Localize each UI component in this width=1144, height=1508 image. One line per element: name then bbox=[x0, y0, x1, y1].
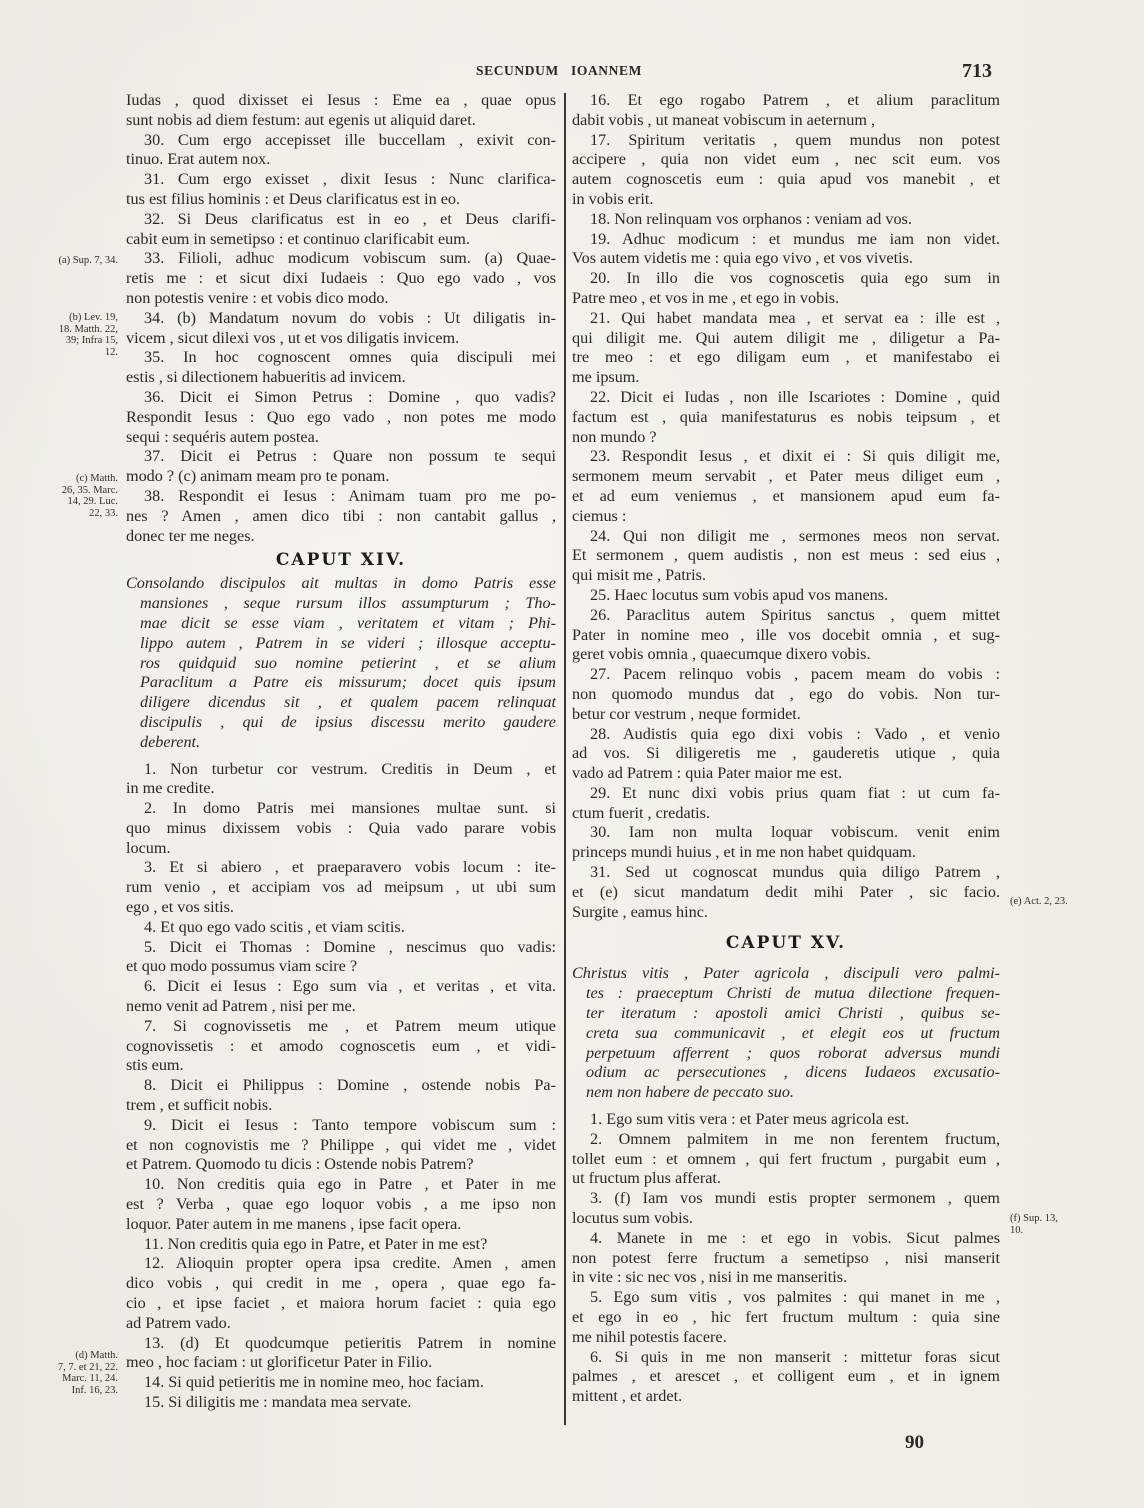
verse-line: me ipsum. bbox=[572, 368, 1000, 388]
margin-note-line: (c) Matth. bbox=[10, 473, 118, 485]
verse-line: in vite : sic nec vos , nisi in me manse… bbox=[572, 1268, 1000, 1288]
margin-note-d: (d) Matth.7, 7. et 21, 22.Marc. 11, 24.I… bbox=[10, 1350, 118, 1396]
margin-note-c: (c) Matth.26, 35. Marc.14, 29. Luc.22, 3… bbox=[10, 473, 118, 519]
verse-line: et ego in eo , hic fert fructum multum :… bbox=[572, 1308, 1000, 1328]
verse: 22. Dicit ei Iudas , non ille Iscariotes… bbox=[572, 388, 1000, 447]
verse-line: accipere , quia non videt eum , nec scit… bbox=[572, 150, 1000, 170]
summary-line: perpetuum afferrent ; quos roborat adver… bbox=[572, 1044, 1000, 1064]
verse-line: ut fructum plus afferat. bbox=[572, 1169, 1000, 1189]
summary-line: lippo autem , Patrem in se videri ; illo… bbox=[126, 634, 556, 654]
verse: Iudas , quod dixisset ei Iesus : Eme ea … bbox=[126, 91, 556, 131]
verse: 27. Pacem relinquo vobis , pacem meam do… bbox=[572, 665, 1000, 724]
margin-note-line: (e) Act. 2, 23. bbox=[1010, 896, 1110, 908]
verse-line: 2. Omnem palmitem in me non ferentem fru… bbox=[572, 1130, 1000, 1150]
summary-line: creta sua communicavit , et elegit eos u… bbox=[572, 1024, 1000, 1044]
margin-note-line: 10. bbox=[1010, 1225, 1110, 1237]
verse: 8. Dicit ei Philippus : Domine , ostende… bbox=[126, 1076, 556, 1116]
margin-note-line: (b) Lev. 19, bbox=[10, 312, 118, 324]
verse-line: mittent , et ardet. bbox=[572, 1387, 1000, 1407]
verse-line: 29. Et nunc dixi vobis prius quam fiat :… bbox=[572, 784, 1000, 804]
verse-line: ctum fuerit , credatis. bbox=[572, 804, 1000, 824]
verse-line: dico vobis , qui credit in me , opera , … bbox=[126, 1274, 556, 1294]
left-column: Iudas , quod dixisset ei Iesus : Eme ea … bbox=[126, 91, 556, 1413]
verse-line: quo minus dixissem vobis : Quia vado par… bbox=[126, 819, 556, 839]
verse-line: nes ? Amen , amen dico tibi : non cantab… bbox=[126, 507, 556, 527]
summary-line: mansiones , seque rursum illos assumptur… bbox=[126, 594, 556, 614]
verse-line: 25. Haec locutus sum vobis apud vos mane… bbox=[572, 586, 1000, 606]
verse: 28. Audistis quia ego dixi vobis : Vado … bbox=[572, 725, 1000, 784]
verse: 30. Iam non multa loquar vobiscum. venit… bbox=[572, 823, 1000, 863]
verse-line: et (e) sicut mandatum dedit mihi Pater ,… bbox=[572, 883, 1000, 903]
verse-line: 3. Et si abiero , et praeparavero vobis … bbox=[126, 858, 556, 878]
verse: 15. Si diligitis me : mandata mea servat… bbox=[126, 1393, 556, 1413]
verse-line: Vos autem videtis me : quia ego vivo , e… bbox=[572, 249, 1000, 269]
verse-line: 1. Non turbetur cor vestrum. Creditis in… bbox=[126, 760, 556, 780]
verse-line: Et sermonem , quem audistis , non est me… bbox=[572, 546, 1000, 566]
verse-line: tre meo : et ego diligam eum , et manife… bbox=[572, 348, 1000, 368]
verse-line: 24. Qui non diligit me , sermones meos n… bbox=[572, 527, 1000, 547]
verse-line: 4. Et quo ego vado scitis , et viam scit… bbox=[126, 918, 556, 938]
verse: 5. Ego sum vitis , vos palmites : qui ma… bbox=[572, 1288, 1000, 1347]
chapter-heading: CAPUT XV. bbox=[572, 929, 1000, 957]
verse: 37. Dicit ei Petrus : Quare non possum t… bbox=[126, 447, 556, 487]
verse: 30. Cum ergo accepisset ille buccellam ,… bbox=[126, 131, 556, 171]
verse-line: 33. Filioli, adhuc modicum vobiscum sum.… bbox=[126, 249, 556, 269]
verse-line: 5. Ego sum vitis , vos palmites : qui ma… bbox=[572, 1288, 1000, 1308]
verse: 32. Si Deus clarificatus est in eo , et … bbox=[126, 210, 556, 250]
margin-note-line: 39; Infra 15, bbox=[10, 335, 118, 347]
verse-line: stis eum. bbox=[126, 1056, 556, 1076]
verse-line: betur cor vestrum , neque formidet. bbox=[572, 705, 1000, 725]
chapter-summary: Christus vitis , Pater agricola , discip… bbox=[572, 964, 1000, 1103]
verse-line: cabit eum in semetipso : et continuo cla… bbox=[126, 230, 556, 250]
verse-line: 10. Non creditis quia ego in Patre , et … bbox=[126, 1175, 556, 1195]
verse-line: princeps mundi huius , et in me non habe… bbox=[572, 843, 1000, 863]
verse-line: qui diligit me. Qui autem diligit me , d… bbox=[572, 329, 1000, 349]
verse-line: 31. Sed ut cognoscat mundus quia diligo … bbox=[572, 863, 1000, 883]
spacer bbox=[126, 753, 556, 760]
verse: 9. Dicit ei Iesus : Tanto tempore vobisc… bbox=[126, 1116, 556, 1175]
verse-line: et ad eum veniemus , et mansionem apud e… bbox=[572, 487, 1000, 507]
verse: 21. Qui habet mandata mea , et servat ea… bbox=[572, 309, 1000, 388]
summary-line: mae dicit se esse viam , veritatem et vi… bbox=[126, 614, 556, 634]
verse-line: 35. In hoc cognoscent omnes quia discipu… bbox=[126, 348, 556, 368]
verse-line: 27. Pacem relinquo vobis , pacem meam do… bbox=[572, 665, 1000, 685]
verse-line: sermonem meum servabit , et Pater meus d… bbox=[572, 467, 1000, 487]
verse: 3. Et si abiero , et praeparavero vobis … bbox=[126, 858, 556, 917]
running-head: SECUNDUM IOANNEM 713 bbox=[0, 63, 1144, 83]
verse-line: 28. Audistis quia ego dixi vobis : Vado … bbox=[572, 725, 1000, 745]
verse: 34. (b) Mandatum novum do vobis : Ut dil… bbox=[126, 309, 556, 349]
summary-line: diligere dicendus sit , et qualem pacem … bbox=[126, 693, 556, 713]
verse: 3. (f) Iam vos mundi estis propter sermo… bbox=[572, 1189, 1000, 1229]
running-head-left: SECUNDUM bbox=[476, 63, 559, 79]
verse-line: 26. Paraclitus autem Spiritus sanctus , … bbox=[572, 606, 1000, 626]
verse: 29. Et nunc dixi vobis prius quam fiat :… bbox=[572, 784, 1000, 824]
verse: 25. Haec locutus sum vobis apud vos mane… bbox=[572, 586, 1000, 606]
verse-line: 4. Manete in me : et ego in vobis. Sicut… bbox=[572, 1229, 1000, 1249]
verse: 1. Ego sum vitis vera : et Pater meus ag… bbox=[572, 1110, 1000, 1130]
summary-line: deberent. bbox=[126, 733, 556, 753]
verse: 12. Alioquin propter opera ipsa credite.… bbox=[126, 1254, 556, 1333]
margin-note-line: Inf. 16, 23. bbox=[10, 1385, 118, 1397]
margin-note-line: 26, 35. Marc. bbox=[10, 485, 118, 497]
margin-note-line: (d) Matth. bbox=[10, 1350, 118, 1362]
verse: 16. Et ego rogabo Patrem , et alium para… bbox=[572, 91, 1000, 131]
verse-line: ad vos. Si diligeretis me , gauderetis u… bbox=[572, 744, 1000, 764]
margin-note-line: 22, 33. bbox=[10, 508, 118, 520]
verse-line: 16. Et ego rogabo Patrem , et alium para… bbox=[572, 91, 1000, 111]
verse: 2. In domo Patris mei mansiones multae s… bbox=[126, 799, 556, 858]
running-head-right: IOANNEM bbox=[571, 63, 642, 79]
verse-line: 1. Ego sum vitis vera : et Pater meus ag… bbox=[572, 1110, 1000, 1130]
verse: 17. Spiritum veritatis , quem mundus non… bbox=[572, 131, 1000, 210]
verse: 35. In hoc cognoscent omnes quia discipu… bbox=[126, 348, 556, 388]
verse: 6. Si quis in me non manserit : mittetur… bbox=[572, 1348, 1000, 1407]
verse: 13. (d) Et quodcumque petieritis Patrem … bbox=[126, 1334, 556, 1374]
verse-line: tinuo. Erat autem nox. bbox=[126, 150, 556, 170]
verse-line: 21. Qui habet mandata mea , et servat ea… bbox=[572, 309, 1000, 329]
spacer bbox=[572, 1103, 1000, 1110]
verse-line: 14. Si quid petieritis me in nomine meo,… bbox=[126, 1373, 556, 1393]
margin-note-line: (a) Sup. 7, 34. bbox=[10, 255, 118, 267]
verse-line: 5. Dicit ei Thomas : Domine , nescimus q… bbox=[126, 938, 556, 958]
verse-line: ad Patrem vado. bbox=[126, 1314, 556, 1334]
verse-line: 34. (b) Mandatum novum do vobis : Ut dil… bbox=[126, 309, 556, 329]
verse-line: et quo modo possumus viam scire ? bbox=[126, 957, 556, 977]
verse-line: vado ad Patrem : quia Pater maior me est… bbox=[572, 764, 1000, 784]
margin-note-line: 14, 29. Luc. bbox=[10, 496, 118, 508]
verse-line: retis me : et sicut dixi Iudaeis : Quo e… bbox=[126, 269, 556, 289]
verse: 19. Adhuc modicum : et mundus me iam non… bbox=[572, 230, 1000, 270]
verse-line: 30. Iam non multa loquar vobiscum. venit… bbox=[572, 823, 1000, 843]
margin-note-line: 18. Matth. 22, bbox=[10, 324, 118, 336]
page-number: 713 bbox=[962, 60, 992, 83]
verse-line: 30. Cum ergo accepisset ille buccellam ,… bbox=[126, 131, 556, 151]
verse-line: 32. Si Deus clarificatus est in eo , et … bbox=[126, 210, 556, 230]
verse: 24. Qui non diligit me , sermones meos n… bbox=[572, 527, 1000, 586]
verse-line: me nihil potestis facere. bbox=[572, 1328, 1000, 1348]
summary-line: odium ac persecutiones , dicens Iudaeos … bbox=[572, 1063, 1000, 1083]
summary-line: discipulis , qui de ipsius discessu meri… bbox=[126, 713, 556, 733]
summary-line: ter iteratum : apostoli amici Christi , … bbox=[572, 1004, 1000, 1024]
verse-line: 36. Dicit ei Simon Petrus : Domine , quo… bbox=[126, 388, 556, 408]
margin-note-line: 7, 7. et 21, 22. bbox=[10, 1362, 118, 1374]
verse-line: 12. Alioquin propter opera ipsa credite.… bbox=[126, 1254, 556, 1274]
verse-line: palmes , et arescet , et colligent eum ,… bbox=[572, 1367, 1000, 1387]
verse-line: Patre meo , et vos in me , et ego in vob… bbox=[572, 289, 1000, 309]
verse-line: non quomodo mundus dat , ego do vobis. N… bbox=[572, 685, 1000, 705]
verse-line: 13. (d) Et quodcumque petieritis Patrem … bbox=[126, 1334, 556, 1354]
verse: 7. Si cognovissetis me , et Patrem meum … bbox=[126, 1017, 556, 1076]
verse-line: autem cognoscetis eum : quia apud vos ma… bbox=[572, 170, 1000, 190]
margin-note-line: (f) Sup. 13, bbox=[1010, 1213, 1110, 1225]
verse-line: 2. In domo Patris mei mansiones multae s… bbox=[126, 799, 556, 819]
margin-note-line: Marc. 11, 24. bbox=[10, 1373, 118, 1385]
summary-line: tes : praeceptum Christi de mutua dilect… bbox=[572, 984, 1000, 1004]
verse-line: tollet eum : et omnem , qui fert fructum… bbox=[572, 1150, 1000, 1170]
verse: 6. Dicit ei Iesus : Ego sum via , et ver… bbox=[126, 977, 556, 1017]
verse: 33. Filioli, adhuc modicum vobiscum sum.… bbox=[126, 249, 556, 308]
verse-line: Respondit Iesus : Quo ego vado , non pot… bbox=[126, 408, 556, 428]
verse-line: rum venio , et accipiam vos ad meipsum ,… bbox=[126, 878, 556, 898]
verse-line: non potest ferre fructum a semetipso , n… bbox=[572, 1249, 1000, 1269]
column-rule bbox=[564, 93, 566, 1425]
spacer bbox=[572, 922, 1000, 929]
verse-line: 11. Non creditis quia ego in Patre, et P… bbox=[126, 1235, 556, 1255]
verse: 1. Non turbetur cor vestrum. Creditis in… bbox=[126, 760, 556, 800]
verse-line: loquor. Pater autem in me manens , ipse … bbox=[126, 1215, 556, 1235]
verse: 31. Cum ergo exisset , dixit Iesus : Nun… bbox=[126, 170, 556, 210]
verse-line: 3. (f) Iam vos mundi estis propter sermo… bbox=[572, 1189, 1000, 1209]
verse-line: tus est filius hominis : et Deus clarifi… bbox=[126, 190, 556, 210]
verse-line: estis , si dilectionem habueritis ad inv… bbox=[126, 368, 556, 388]
verse: 18. Non relinquam vos orphanos : veniam … bbox=[572, 210, 1000, 230]
verse-line: nemo venit ad Patrem , nisi per me. bbox=[126, 997, 556, 1017]
verse: 10. Non creditis quia ego in Patre , et … bbox=[126, 1175, 556, 1234]
verse-line: factum est , quia manifestaturus es nobi… bbox=[572, 408, 1000, 428]
verse-line: ego , et vos sitis. bbox=[126, 898, 556, 918]
verse: 2. Omnem palmitem in me non ferentem fru… bbox=[572, 1130, 1000, 1189]
margin-note-b: (b) Lev. 19,18. Matth. 22,39; Infra 15,1… bbox=[10, 312, 118, 358]
verse-line: 6. Dicit ei Iesus : Ego sum via , et ver… bbox=[126, 977, 556, 997]
summary-line: Paraclitum a Patre eis missurum; docet q… bbox=[126, 673, 556, 693]
chapter-summary: Consolando discipulos ait multas in domo… bbox=[126, 574, 556, 752]
margin-note-e: (e) Act. 2, 23. bbox=[1010, 896, 1110, 908]
verse-line: 22. Dicit ei Iudas , non ille Iscariotes… bbox=[572, 388, 1000, 408]
verse: 4. Et quo ego vado scitis , et viam scit… bbox=[126, 918, 556, 938]
verse-line: geret vobis omnia , quaecumque dixero vo… bbox=[572, 645, 1000, 665]
verse-line: 18. Non relinquam vos orphanos : veniam … bbox=[572, 210, 1000, 230]
book-page: SECUNDUM IOANNEM 713 Iudas , quod dixiss… bbox=[0, 0, 1144, 1508]
verse: 23. Respondit Iesus , et dixit ei : Si q… bbox=[572, 447, 1000, 526]
verse-line: in me credite. bbox=[126, 779, 556, 799]
summary-line: Consolando discipulos ait multas in domo… bbox=[126, 574, 556, 594]
verse-line: locutus sum vobis. bbox=[572, 1209, 1000, 1229]
verse-line: ciemus : bbox=[572, 507, 1000, 527]
verse-line: locum. bbox=[126, 839, 556, 859]
verse-line: 19. Adhuc modicum : et mundus me iam non… bbox=[572, 230, 1000, 250]
verse-line: Iudas , quod dixisset ei Iesus : Eme ea … bbox=[126, 91, 556, 111]
verse-line: 23. Respondit Iesus , et dixit ei : Si q… bbox=[572, 447, 1000, 467]
verse: 14. Si quid petieritis me in nomine meo,… bbox=[126, 1373, 556, 1393]
verse-line: 37. Dicit ei Petrus : Quare non possum t… bbox=[126, 447, 556, 467]
verse-line: meo , hoc faciam : ut glorificetur Pater… bbox=[126, 1353, 556, 1373]
verse-line: vicem , sicut dilexi vos , ut et vos dil… bbox=[126, 329, 556, 349]
right-column: 16. Et ego rogabo Patrem , et alium para… bbox=[572, 91, 1000, 1407]
verse-line: donec ter me neges. bbox=[126, 527, 556, 547]
summary-line: ros quidquid suo nomine petierint , et s… bbox=[126, 654, 556, 674]
verse-line: dabit vobis , ut maneat vobiscum in aete… bbox=[572, 111, 1000, 131]
spacer bbox=[572, 957, 1000, 964]
chapter-heading: CAPUT XIV. bbox=[126, 546, 556, 574]
margin-note-line: 12. bbox=[10, 347, 118, 359]
verse: 4. Manete in me : et ego in vobis. Sicut… bbox=[572, 1229, 1000, 1288]
verse-line: et Patrem. Quomodo tu dicis : Ostende no… bbox=[126, 1155, 556, 1175]
verse: 36. Dicit ei Simon Petrus : Domine , quo… bbox=[126, 388, 556, 447]
verse-line: est ? Verba , quae ego loquor vobis , a … bbox=[126, 1195, 556, 1215]
verse-line: 17. Spiritum veritatis , quem mundus non… bbox=[572, 131, 1000, 151]
verse-line: cognovissetis : et amodo cognoscetis eum… bbox=[126, 1037, 556, 1057]
verse-line: Pater in nomine meo , ille vos docebit o… bbox=[572, 626, 1000, 646]
verse-line: non potestis venire : et vobis dico modo… bbox=[126, 289, 556, 309]
verse-line: 20. In illo die vos cognoscetis quia ego… bbox=[572, 269, 1000, 289]
verse-line: 38. Respondit ei Iesus : Animam tuam pro… bbox=[126, 487, 556, 507]
verse-line: non mundo ? bbox=[572, 428, 1000, 448]
verse-line: trem , et sufficit nobis. bbox=[126, 1096, 556, 1116]
verse-line: 31. Cum ergo exisset , dixit Iesus : Nun… bbox=[126, 170, 556, 190]
margin-note-a: (a) Sup. 7, 34. bbox=[10, 255, 118, 267]
verse-line: sunt nobis ad diem festum: aut egenis ut… bbox=[126, 111, 556, 131]
verse-line: modo ? (c) animam meam pro te ponam. bbox=[126, 467, 556, 487]
verse-line: cio , et ipse faciet , et maiora horum f… bbox=[126, 1294, 556, 1314]
summary-line: nem non habere de peccato suo. bbox=[572, 1083, 1000, 1103]
verse: 38. Respondit ei Iesus : Animam tuam pro… bbox=[126, 487, 556, 546]
verse-line: 6. Si quis in me non manserit : mittetur… bbox=[572, 1348, 1000, 1368]
verse: 26. Paraclitus autem Spiritus sanctus , … bbox=[572, 606, 1000, 665]
verse: 5. Dicit ei Thomas : Domine , nescimus q… bbox=[126, 938, 556, 978]
verse-line: 15. Si diligitis me : mandata mea servat… bbox=[126, 1393, 556, 1413]
signature-mark: 90 bbox=[905, 1432, 924, 1454]
verse-line: 9. Dicit ei Iesus : Tanto tempore vobisc… bbox=[126, 1116, 556, 1136]
summary-line: Christus vitis , Pater agricola , discip… bbox=[572, 964, 1000, 984]
verse-line: in vobis erit. bbox=[572, 190, 1000, 210]
verse-line: sequi : sequéris autem postea. bbox=[126, 428, 556, 448]
verse-line: et non cognovistis me ? Philippe , qui v… bbox=[126, 1136, 556, 1156]
verse-line: qui misit me , Patris. bbox=[572, 566, 1000, 586]
verse-line: Surgite , eamus hinc. bbox=[572, 903, 1000, 923]
margin-note-f: (f) Sup. 13,10. bbox=[1010, 1213, 1110, 1236]
verse: 20. In illo die vos cognoscetis quia ego… bbox=[572, 269, 1000, 309]
verse-line: 8. Dicit ei Philippus : Domine , ostende… bbox=[126, 1076, 556, 1096]
verse: 11. Non creditis quia ego in Patre, et P… bbox=[126, 1235, 556, 1255]
verse: 31. Sed ut cognoscat mundus quia diligo … bbox=[572, 863, 1000, 922]
verse-line: 7. Si cognovissetis me , et Patrem meum … bbox=[126, 1017, 556, 1037]
